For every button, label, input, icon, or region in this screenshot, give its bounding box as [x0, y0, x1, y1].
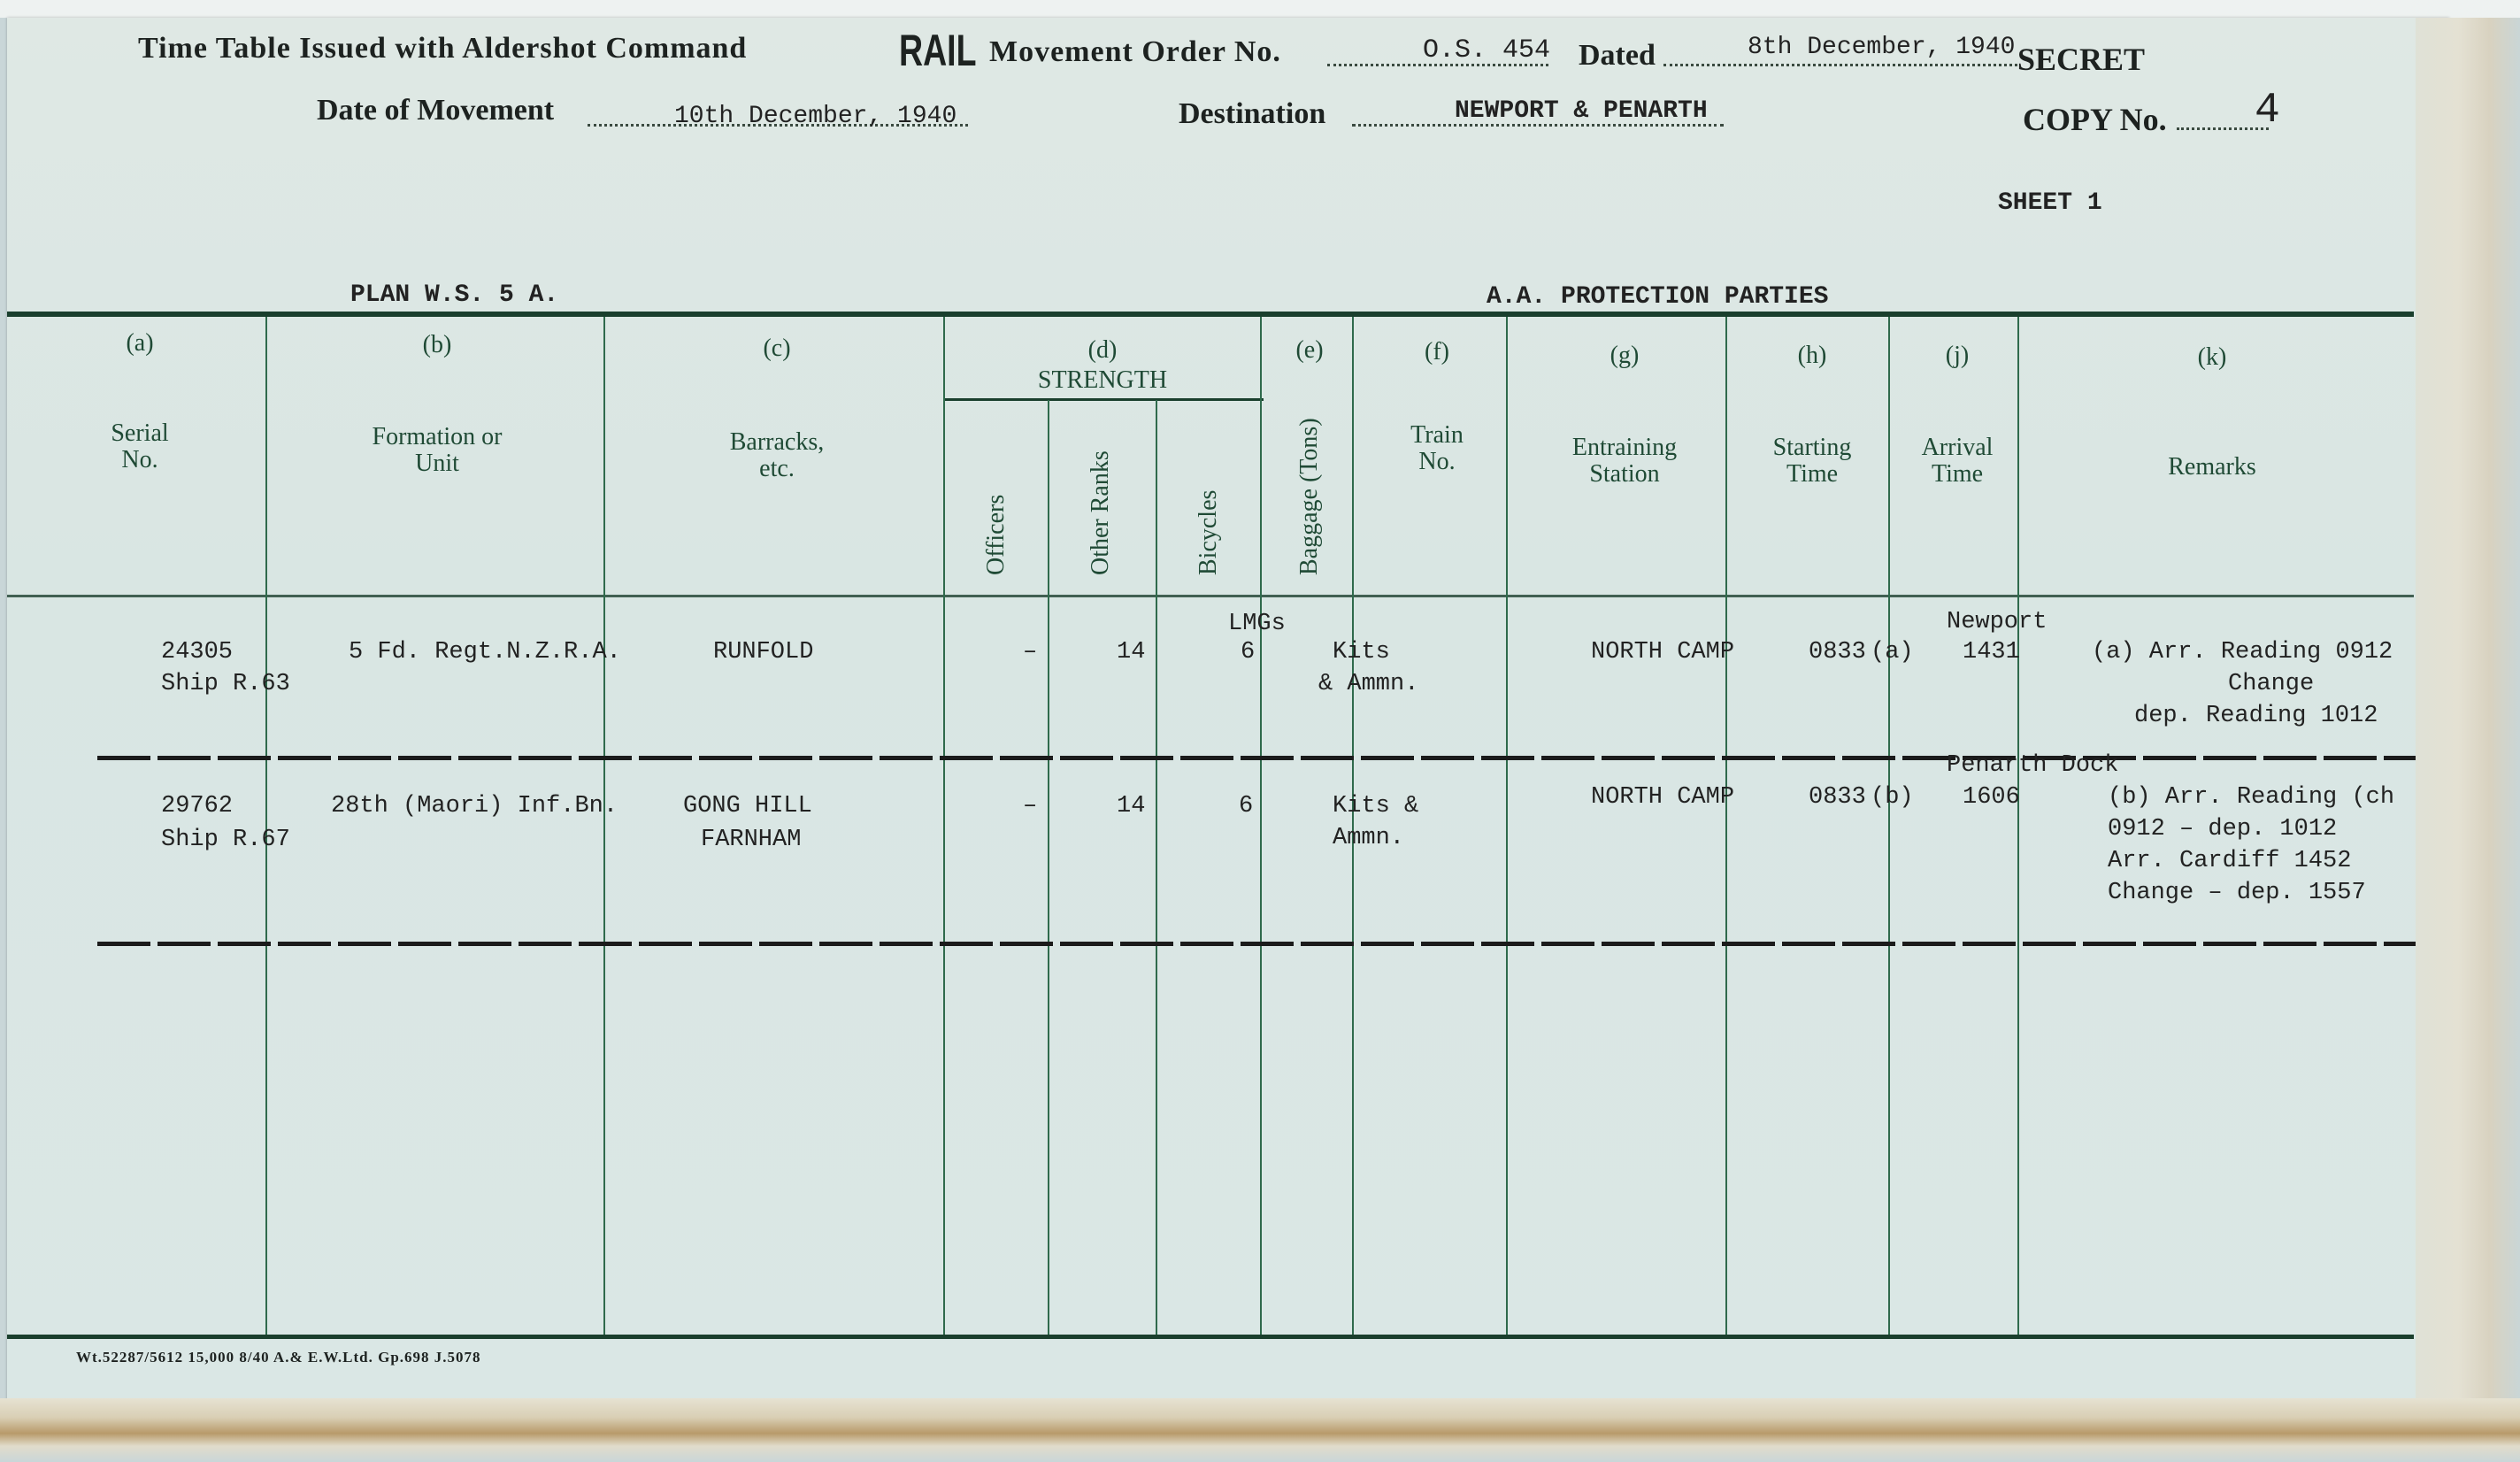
remarks-line: (a) Arr. Reading 0912	[2092, 639, 2393, 666]
barracks: RUNFOLD	[713, 639, 813, 666]
typed-row-separator	[97, 942, 2416, 946]
col-divider-b-c	[603, 317, 605, 1335]
strength-divider	[945, 398, 1264, 401]
col-divider-f-g	[1506, 317, 1508, 1335]
destination-label: Destination	[1179, 97, 1325, 131]
col-g-label1: Entraining	[1572, 434, 1677, 462]
baggage-line1: Kits &	[1333, 793, 1418, 819]
timetable-sheet	[7, 18, 2449, 1412]
destination-value: NEWPORT & PENARTH	[1455, 97, 1708, 125]
col-a-label1: Serial	[111, 419, 168, 448]
barracks-line2: FARNHAM	[701, 827, 801, 853]
col-divider-g-h	[1725, 317, 1727, 1335]
col-h-label1: Starting	[1773, 434, 1852, 462]
col-b-letter: (b)	[423, 331, 452, 359]
remarks-line: Change – dep. 1557	[2108, 880, 2366, 906]
col-d-bicycles: Bicycles	[1195, 490, 1223, 575]
col-h-label2: Time	[1786, 460, 1838, 489]
col-j-letter: (j)	[1946, 342, 1969, 370]
remarks-line: 0912 – dep. 1012	[2108, 816, 2337, 843]
col-c-letter: (c)	[763, 335, 790, 363]
entraining-station: NORTH CAMP	[1591, 784, 1734, 811]
arrival-place: Penarth Dock	[1947, 752, 2118, 779]
col-divider-d-e	[1260, 317, 1262, 1335]
arrival-ref: (b)	[1871, 784, 1914, 811]
photo-background-top	[0, 0, 2520, 18]
col-divider-c-d	[943, 317, 945, 1335]
officers: –	[1023, 639, 1037, 666]
col-divider-officers	[1048, 400, 1049, 1335]
dotted-leader	[1663, 64, 2017, 66]
remarks-line: (b) Arr. Reading (ch	[2108, 784, 2394, 811]
header-bottom-rule	[7, 595, 2414, 597]
remarks-line: dep. Reading 1012	[2134, 703, 2378, 729]
barracks: GONG HILL	[683, 793, 812, 819]
col-c-label1: Barracks,	[730, 428, 825, 457]
col-f-label1: Train	[1410, 421, 1464, 450]
baggage-line1: Kits	[1333, 639, 1390, 666]
col-d-letter: (d)	[1088, 336, 1118, 365]
col-a-letter: (a)	[126, 329, 153, 358]
col-d-officers: Officers	[982, 495, 1010, 575]
copy-no-label: COPY No.	[2023, 101, 2167, 138]
officers: –	[1023, 793, 1037, 819]
title-prefix: Time Table Issued with Aldershot Command	[138, 32, 747, 65]
baggage-line2: & Ammn.	[1318, 671, 1418, 697]
col-e-label: Baggage (Tons)	[1295, 418, 1324, 575]
dated-label: Dated	[1579, 39, 1656, 73]
arrival-place: Newport	[1947, 609, 2047, 635]
date-of-movement-value: 10th December, 1940	[674, 103, 957, 130]
paper-edge	[2416, 18, 2520, 1434]
col-h-letter: (h)	[1798, 342, 1827, 370]
col-b-label1: Formation or	[373, 423, 503, 451]
col-divider-j-k	[2017, 317, 2019, 1335]
col-divider-h-j	[1888, 317, 1890, 1335]
paper-bottom-fold	[0, 1398, 2520, 1462]
col-e-letter: (e)	[1295, 336, 1323, 365]
ship-no: Ship R.67	[161, 827, 290, 853]
arrival-ref: (a)	[1871, 639, 1914, 666]
starting-time: 0833	[1809, 784, 1866, 811]
bicycles: 6	[1239, 793, 1253, 819]
col-f-letter: (f)	[1425, 338, 1449, 366]
movement-order-no: O.S. 454	[1423, 35, 1550, 65]
remarks-line: Change	[2228, 671, 2314, 697]
table-top-rule	[7, 312, 2414, 317]
plan-reference: PLAN W.S. 5 A.	[350, 281, 558, 309]
col-g-letter: (g)	[1610, 342, 1640, 370]
col-d-other-ranks: Other Ranks	[1087, 450, 1115, 575]
unit: 5 Fd. Regt.N.Z.R.A.	[349, 639, 621, 666]
col-g-label2: Station	[1589, 460, 1659, 489]
baggage-line2: Ammn.	[1333, 825, 1404, 851]
copy-no-value: 4	[2255, 87, 2280, 135]
col-divider-other-ranks	[1156, 400, 1157, 1335]
col-f-label2: No.	[1418, 448, 1455, 476]
printer-imprint: Wt.52287/5612 15,000 8/40 A.& E.W.Ltd. G…	[76, 1349, 481, 1366]
rail-label: RAIL	[899, 25, 976, 76]
ship-no: Ship R.63	[161, 671, 290, 697]
bicycles: 6	[1241, 639, 1255, 666]
col-d-label: STRENGTH	[1038, 366, 1167, 395]
col-b-label2: Unit	[415, 450, 459, 478]
movement-order-label: Movement Order No.	[989, 35, 1281, 69]
remarks-line: Arr. Cardiff 1452	[2108, 848, 2351, 874]
entraining-station: NORTH CAMP	[1591, 639, 1734, 666]
sheet-number: SHEET 1	[1998, 189, 2102, 217]
subject-title: A.A. PROTECTION PARTIES	[1487, 283, 1828, 311]
col-k-label: Remarks	[2168, 453, 2256, 481]
dated-value: 8th December, 1940	[1748, 34, 2015, 61]
col-j-label1: Arrival	[1922, 434, 1994, 462]
other-ranks: 14	[1117, 793, 1145, 819]
col-k-letter: (k)	[2198, 343, 2227, 372]
bicycles-note: LMGs	[1228, 611, 1286, 637]
col-c-label2: etc.	[759, 455, 795, 483]
other-ranks: 14	[1117, 639, 1145, 666]
date-of-movement-label: Date of Movement	[317, 94, 554, 127]
table-bottom-rule	[7, 1335, 2414, 1339]
unit: 28th (Maori) Inf.Bn.	[331, 793, 618, 819]
col-a-label2: No.	[121, 446, 157, 474]
classification-secret: SECRET	[2017, 41, 2145, 78]
arrival-time: 1431	[1963, 639, 2020, 666]
starting-time: 0833	[1809, 639, 1866, 666]
col-divider-a-b	[265, 317, 267, 1335]
serial-no: 24305	[161, 639, 233, 666]
serial-no: 29762	[161, 793, 233, 819]
arrival-time: 1606	[1963, 784, 2020, 811]
col-j-label2: Time	[1932, 460, 1983, 489]
